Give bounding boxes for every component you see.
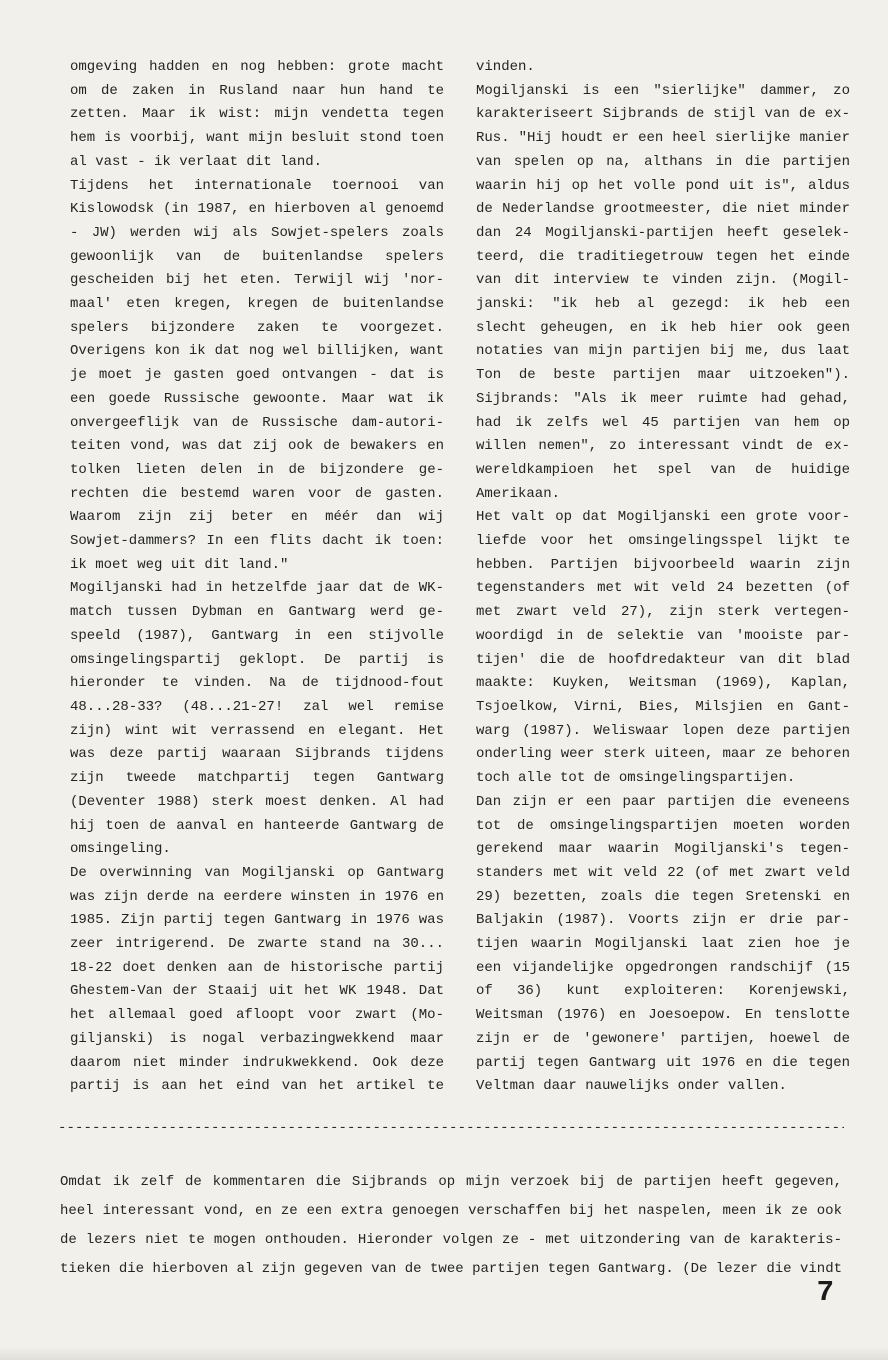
text-line: onvergeeflijk van de Russische dam-autor… [70,412,444,436]
text-line: Veltman daar nauwelijks onder vallen. [476,1075,850,1099]
text-line: de lezers niet te mogen onthouden. Hiero… [60,1226,842,1255]
text-line: Sowjet-dammers? In een flits dacht ik to… [70,530,444,554]
text-line: Sijbrands: "Als ik meer ruimte had gehad… [476,388,850,412]
text-line: teiten vond, was dat zij ook de bewakers… [70,435,444,459]
text-line: janski: "ik heb al gezegd: ik heb een [476,293,850,317]
text-line: Baljakin (1987). Voorts zijn er drie par… [476,909,850,933]
text-line: Tsjoelkow, Virni, Bies, Milsjien en Gant… [476,696,850,720]
text-line: dan 24 Mogiljanski-partijen heeft gesele… [476,222,850,246]
text-line: omsingelingspartij geklopt. De partij is [70,649,444,673]
text-line: Rus. "Hij houdt er een heel sierlijke ma… [476,127,850,151]
text-line: tegenstanders met wit veld 24 bezetten (… [476,577,850,601]
text-line: 1985. Zijn partij tegen Gantwarg in 1976… [70,909,444,933]
dashed-separator: ----------------------------------------… [58,1120,844,1136]
text-line: tolken lieten delen in de bijzondere ge- [70,459,444,483]
footer-paragraph: Omdat ik zelf de kommentaren die Sijbran… [60,1168,842,1284]
text-line: spelers bijzondere zaken te voorgezet. [70,317,444,341]
text-line: zijn) wint wit verrassend en elegant. He… [70,720,444,744]
text-line: liefde voor het omsingelingsspel lijkt t… [476,530,850,554]
text-line: Ghestem-Van der Staaij uit het WK 1948. … [70,980,444,1004]
text-line: warg (1987). Weliswaar lopen deze partij… [476,720,850,744]
text-line: waarin hij op het volle pond uit is", al… [476,175,850,199]
text-line: hem is voorbij, want mijn besluit stond … [70,127,444,151]
text-line: een vijandelijke opgedrongen randschijf … [476,957,850,981]
magazine-page: omgeving hadden en nog hebben: grote mac… [0,0,888,1360]
text-line: wereldkampioen het spel van de huidige [476,459,850,483]
text-line: zijn er de 'gewonere' partijen, hoewel d… [476,1028,850,1052]
text-line: rechten die bestemd waren voor de gasten… [70,483,444,507]
text-line: Amerikaan. [476,483,850,507]
text-line: Waarom zijn zij beter en méér dan wij [70,506,444,530]
text-line: Kislowodsk (in 1987, en hierboven al gen… [70,198,444,222]
text-line: Mogiljanski had in hetzelfde jaar dat de… [70,577,444,601]
text-line: zeer intrigerend. De zwarte stand na 30.… [70,933,444,957]
text-line: - JW) werden wij als Sowjet-spelers zoal… [70,222,444,246]
text-line: maakte: Kuyken, Weitsman (1969), Kaplan, [476,672,850,696]
text-line: match tussen Dybman en Gantwarg werd ge- [70,601,444,625]
text-line: van dit interview te vinden zijn. (Mogil… [476,269,850,293]
text-line: vinden. [476,56,850,80]
text-line: was zijn derde na eerdere winsten in 197… [70,886,444,910]
text-line: 18-22 doet denken aan de historische par… [70,957,444,981]
text-line: (Deventer 1988) sterk moest denken. Al h… [70,791,444,815]
text-line: willen nemen", zo interessant vindt de e… [476,435,850,459]
text-line: zetten. Maar ik wist: mijn vendetta tege… [70,103,444,127]
text-line: slecht geheugen, en ik heb hier ook geen [476,317,850,341]
text-line: met zwart veld 27), zijn sterk vertegen- [476,601,850,625]
text-line: karakteriseert Sijbrands de stijl van de… [476,103,850,127]
text-line: van spelen op na, althans in die partije… [476,151,850,175]
article-column-right: vinden.Mogiljanski is een "sierlijke" da… [476,56,850,1099]
article-column-left: omgeving hadden en nog hebben: grote mac… [70,56,444,1099]
text-line: 29) bezetten, zoals die tegen Sretenski … [476,886,850,910]
text-line: Dan zijn er een paar partijen die evenee… [476,791,850,815]
text-line: Ton de beste partijen maar uitzoeken"). [476,364,850,388]
text-line: tieken die hierboven al zijn gegeven van… [60,1255,842,1284]
text-line: gescheiden bij het eten. Terwijl wij 'no… [70,269,444,293]
page-number: 7 [817,1276,834,1309]
text-line: toch alle tot de omsingelingspartijen. [476,767,850,791]
text-line: of 36) kunt exploiteren: Korenjewski, [476,980,850,1004]
text-line: hieronder te vinden. Na de tijdnood-fout [70,672,444,696]
text-line: een goede Russische gewoonte. Maar wat i… [70,388,444,412]
text-line: Omdat ik zelf de kommentaren die Sijbran… [60,1168,842,1197]
text-line: tijen' die de hoofdredakteur van dit bla… [476,649,850,673]
text-line: Mogiljanski is een "sierlijke" dammer, z… [476,80,850,104]
text-line: Tijdens het internationale toernooi van [70,175,444,199]
text-line: 48...28-33? (48...21-27! zal wel remise [70,696,444,720]
text-line: al vast - ik verlaat dit land. [70,151,444,175]
text-line: partij is aan het eind van het artikel t… [70,1075,444,1099]
text-line: daarom niet minder indrukwekkend. Ook de… [70,1052,444,1076]
text-line: zijn tweede matchpartij tegen Gantwarg [70,767,444,791]
text-line: hij toen de aanval en hanteerde Gantwarg… [70,815,444,839]
text-line: had ik zelfs wel 45 partijen van hem op [476,412,850,436]
text-line: tijen waarin Mogiljanski laat zien hoe j… [476,933,850,957]
text-line: omsingeling. [70,838,444,862]
two-column-article: omgeving hadden en nog hebben: grote mac… [70,56,850,1099]
text-line: partij tegen Gantwarg uit 1976 en die te… [476,1052,850,1076]
text-line: omgeving hadden en nog hebben: grote mac… [70,56,444,80]
text-line: speeld (1987), Gantwarg in een stijvolle [70,625,444,649]
text-line: Overigens kon ik dat nog wel billijken, … [70,340,444,364]
text-line: hebben. Partijen bijvoorbeeld waarin zij… [476,554,850,578]
text-line: teerd, die traditiegetrouw tegen het ein… [476,246,850,270]
text-line: de Nederlandse grootmeester, die niet mi… [476,198,850,222]
text-line: notaties van mijn partijen bij me, dus l… [476,340,850,364]
text-line: standers met wit veld 22 (of met zwart v… [476,862,850,886]
text-line: tot de omsingelingspartijen moeten worde… [476,815,850,839]
text-line: maal' eten kregen, kregen de buitenlands… [70,293,444,317]
text-line: gerekend maar waarin Mogiljanski's tegen… [476,838,850,862]
text-line: woordigd in de selektie van 'mooiste par… [476,625,850,649]
text-line: heel interessant vond, en ze een extra g… [60,1197,842,1226]
text-line: het allemaal goed afloopt voor zwart (Mo… [70,1004,444,1028]
text-line: Weitsman (1976) en Joesoepow. En tenslot… [476,1004,850,1028]
text-line: om de zaken in Rusland naar hun hand te [70,80,444,104]
text-line: gewoonlijk van de buitenlandse spelers [70,246,444,270]
text-line: onderling weer sterk uiteen, maar ze beh… [476,743,850,767]
text-line: De overwinning van Mogiljanski op Gantwa… [70,862,444,886]
text-line: giljanski) is nogal verbazingwekkend maa… [70,1028,444,1052]
text-line: was deze partij waaraan Sijbrands tijden… [70,743,444,767]
text-line: Het valt op dat Mogiljanski een grote vo… [476,506,850,530]
text-line: je moet je gasten goed ontvangen - dat i… [70,364,444,388]
text-line: ik moet weg uit dit land." [70,554,444,578]
